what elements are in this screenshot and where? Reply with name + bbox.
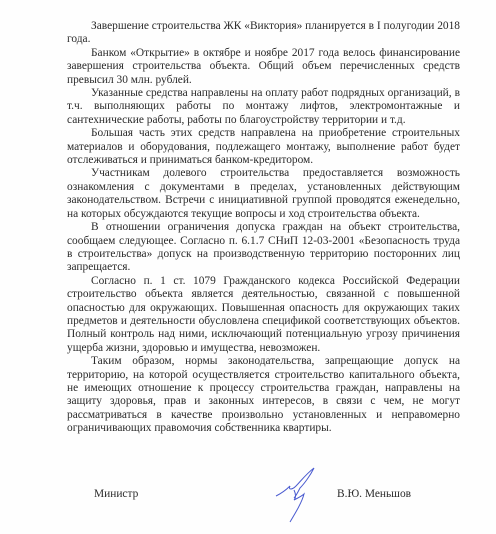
paragraph: Банком «Открытие» в октябре и ноябре 201… xyxy=(67,47,460,87)
paragraph: Участникам долевого строительства предос… xyxy=(67,167,460,221)
document-body: Завершение строительства ЖК «Виктория» п… xyxy=(67,20,460,436)
paragraph: В отношении ограничения допуска граждан … xyxy=(67,221,460,275)
paragraph: Таким образом, нормы законодательства, з… xyxy=(67,355,460,435)
document-page: Завершение строительства ЖК «Виктория» п… xyxy=(0,0,496,534)
handwritten-signature-icon xyxy=(274,466,324,526)
paragraph: Завершение строительства ЖК «Виктория» п… xyxy=(67,20,460,47)
signatory-title: Министр xyxy=(94,488,138,500)
signatory-name: В.Ю. Меньшов xyxy=(337,488,411,500)
paragraph: Указанные средства направлены на оплату … xyxy=(67,87,460,127)
paragraph: Большая часть этих средств направлена на… xyxy=(67,127,460,167)
paragraph: Согласно п. 1 ст. 1079 Гражданского коде… xyxy=(67,275,460,355)
